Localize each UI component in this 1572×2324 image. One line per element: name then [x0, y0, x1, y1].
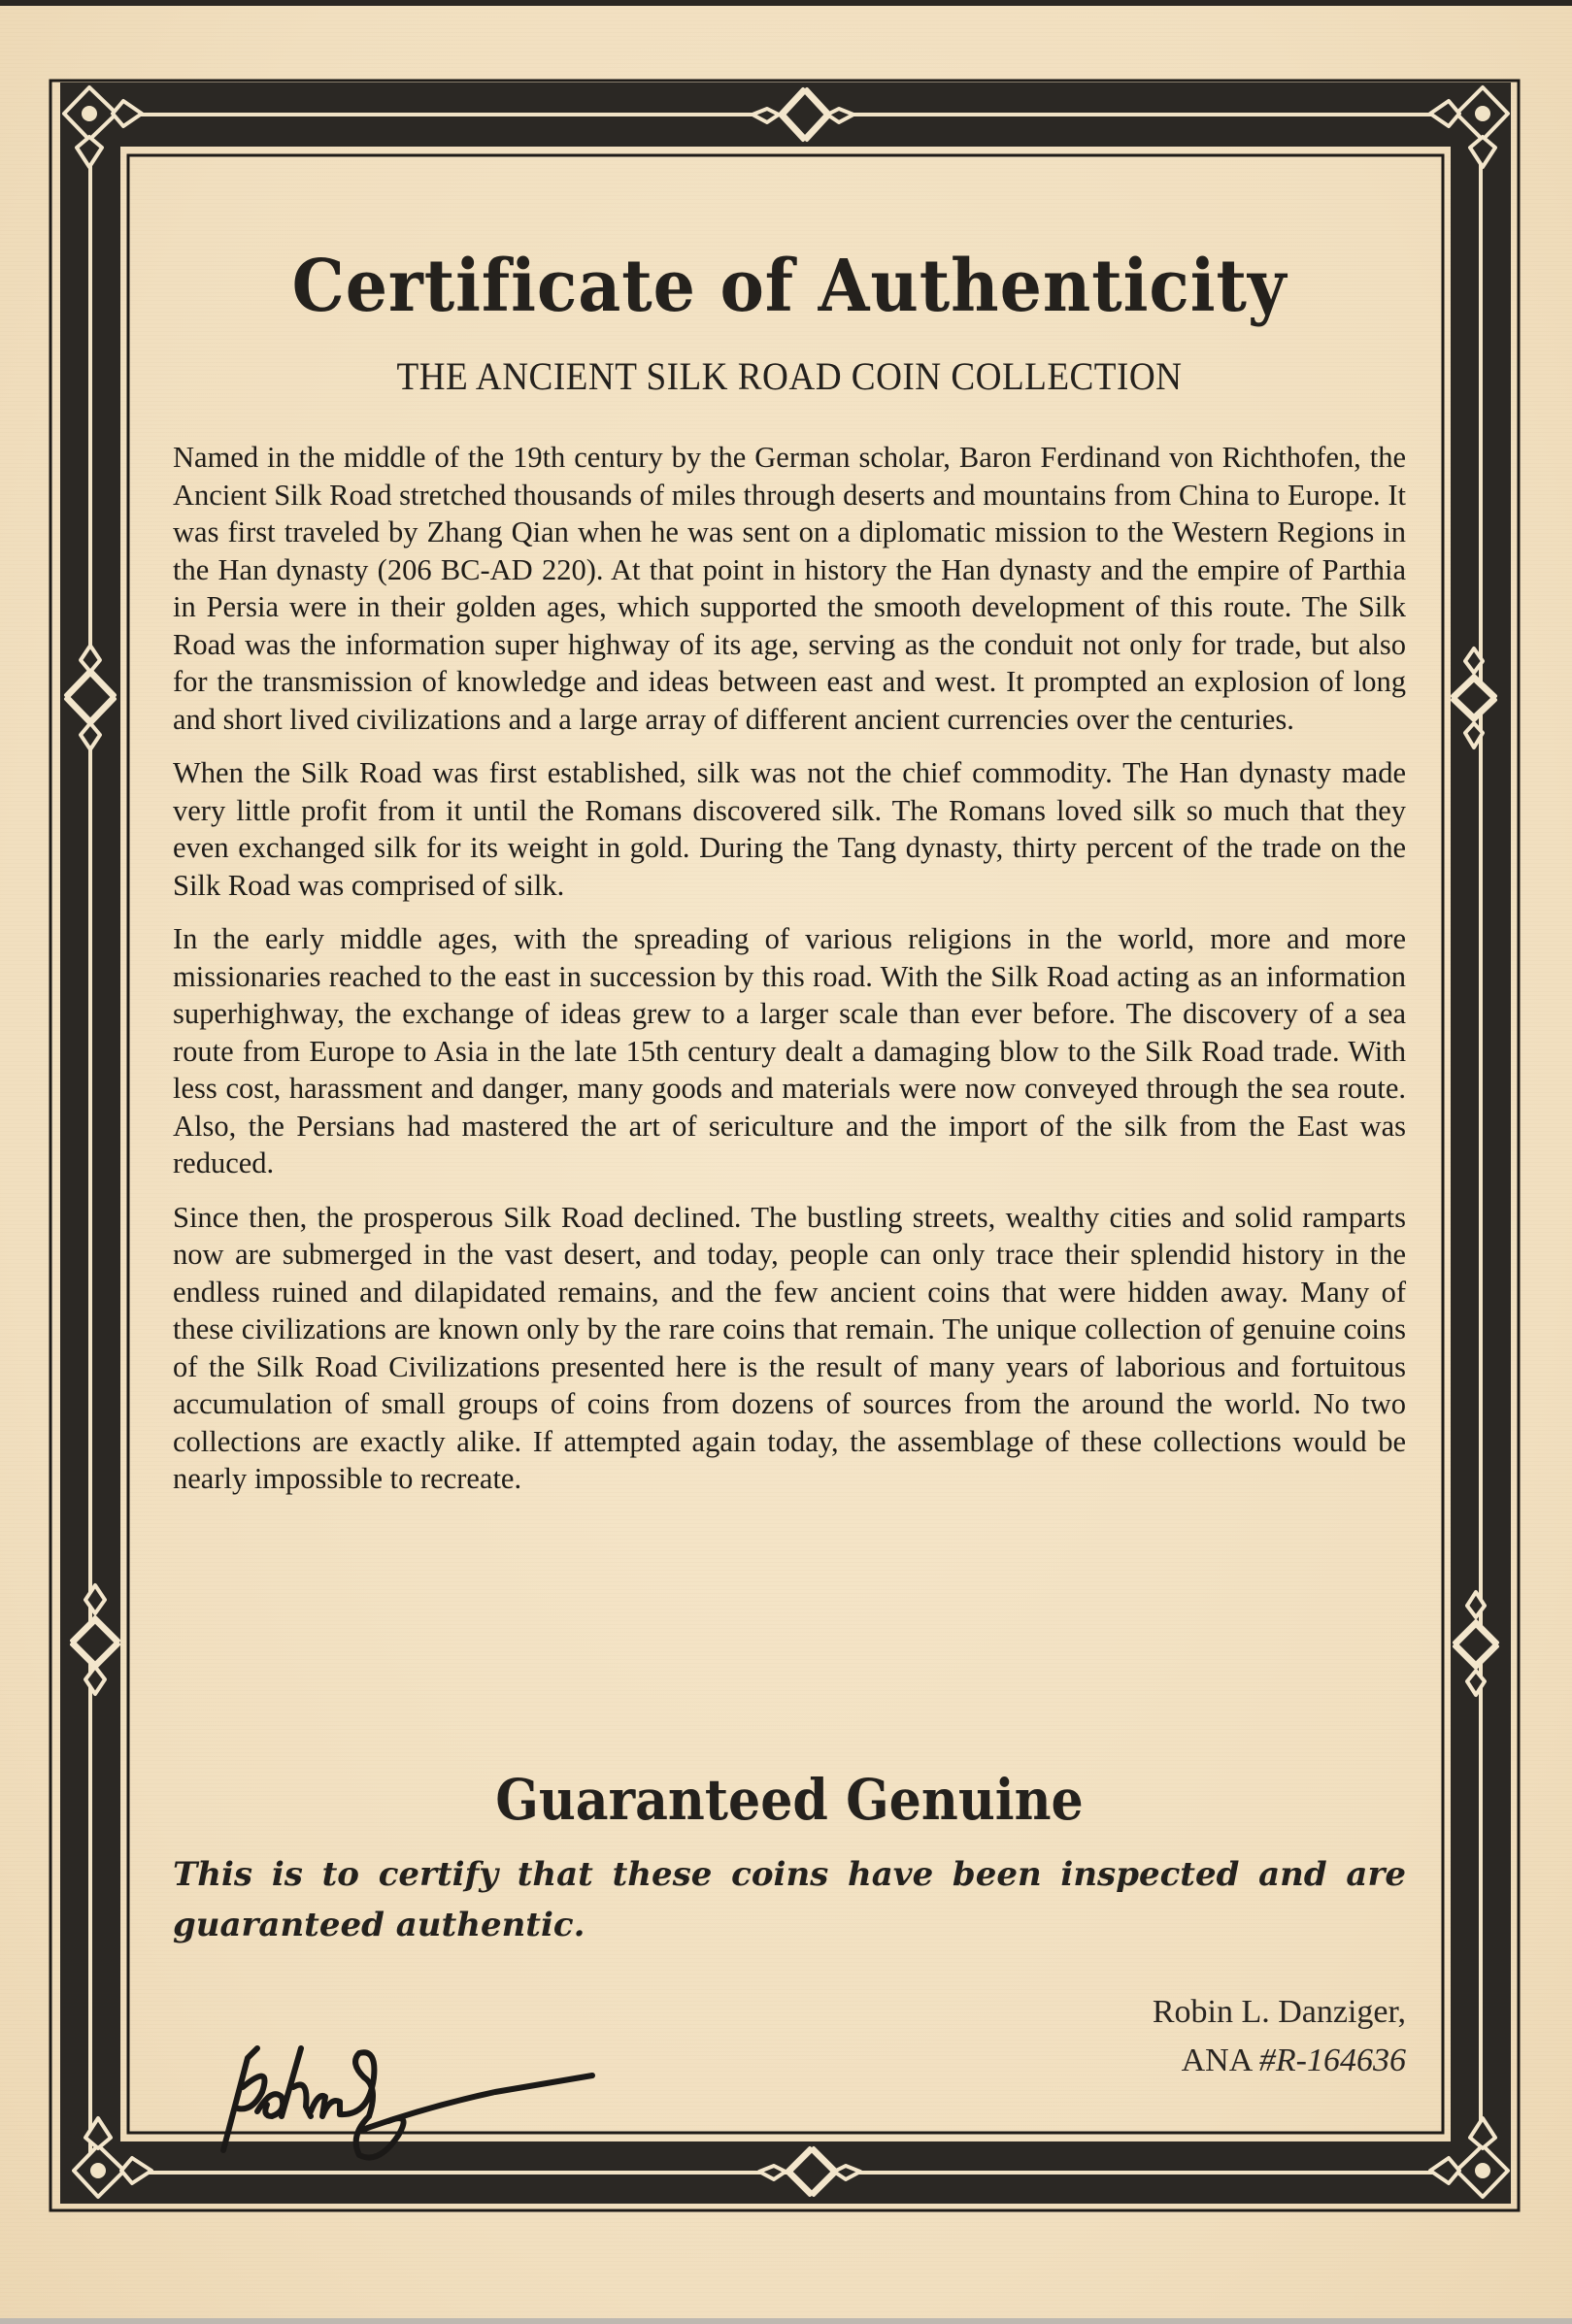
signer-name: Robin L. Danziger, [1153, 1988, 1406, 2037]
certificate-body: Named in the middle of the 19th century … [173, 439, 1406, 1514]
guarantee-heading: Guaranteed Genuine [235, 1767, 1345, 1833]
paragraph-middle-ages: In the early middle ages, with the sprea… [173, 920, 1406, 1182]
signer-block: Robin L. Danziger, ANA #R-164636 [1153, 1988, 1406, 2085]
handwritten-signature-icon [204, 2019, 709, 2165]
signer-credential: ANA #R-164636 [1153, 2037, 1406, 2085]
paragraph-history: Named in the middle of the 19th century … [173, 439, 1406, 738]
signer-org: ANA [1182, 2042, 1252, 2078]
paragraph-silk-commodity: When the Silk Road was first established… [173, 754, 1406, 904]
paragraph-decline: Since then, the prosperous Silk Road dec… [173, 1199, 1406, 1498]
signer-number: #R-164636 [1259, 2042, 1406, 2078]
collection-subtitle: THE ANCIENT SILK ROAD COIN COLLECTION [216, 353, 1362, 399]
certify-statement: This is to certify that these coins have… [173, 1849, 1406, 1950]
certificate-title: Certificate of Authenticity [222, 245, 1356, 328]
